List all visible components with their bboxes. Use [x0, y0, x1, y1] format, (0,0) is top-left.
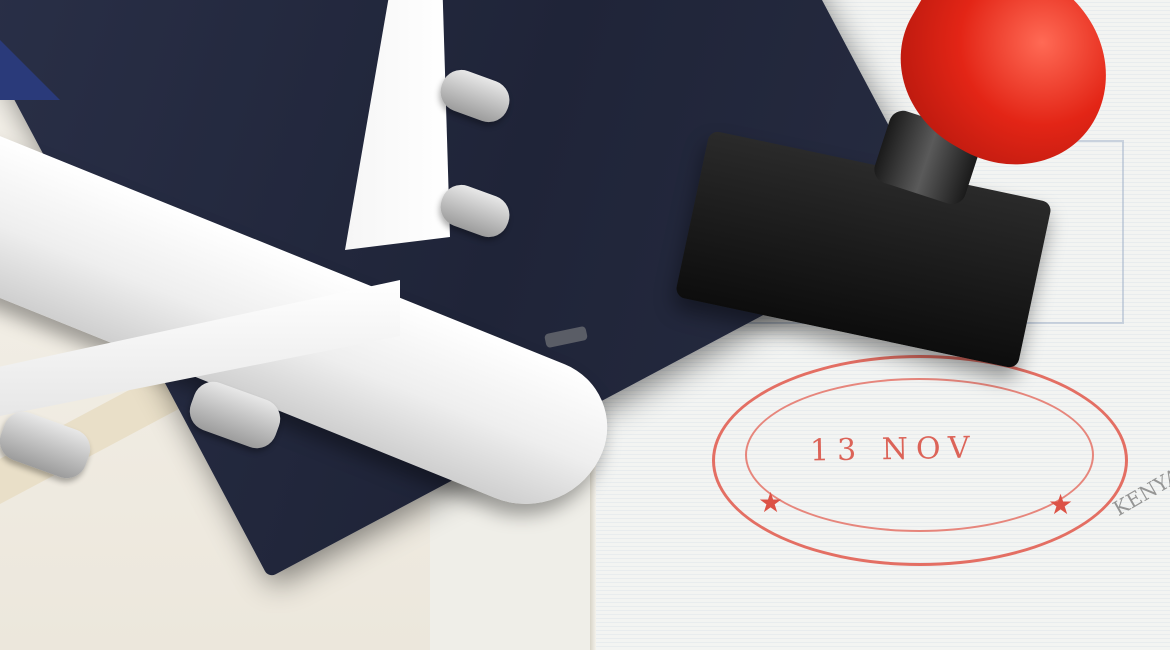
photo-scene: 13 NOV ★ ★ KENYA	[0, 0, 1170, 650]
entry-stamp-date: 13 NOV	[810, 431, 978, 469]
star-icon: ★	[758, 486, 783, 519]
star-icon: ★	[1048, 488, 1073, 521]
